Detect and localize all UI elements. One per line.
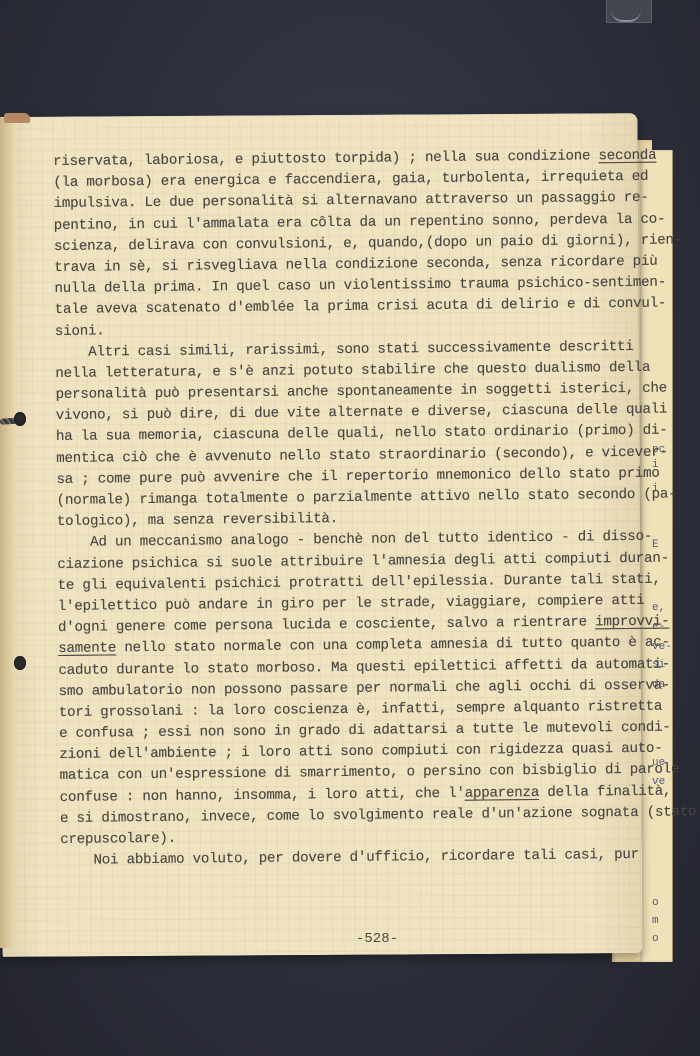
body-text: riservata, laboriosa, e piuttosto torpid… (53, 146, 636, 872)
underlined-word: apparenza (465, 785, 540, 802)
edge-text-fragment: e, (652, 603, 665, 614)
paragraph: Ad un meccanismo analogo - benchè non de… (57, 527, 635, 851)
page-binding-edge (0, 118, 14, 948)
paragraph: Altri casi simili, rarissimi, sono stati… (55, 337, 632, 534)
punch-hole-icon (14, 656, 26, 670)
underlined-word: seconda (598, 148, 656, 165)
torn-corner (4, 113, 30, 123)
edge-text-fragment: o (652, 898, 659, 909)
paragraph: riservata, laboriosa, e piuttosto torpid… (53, 146, 630, 343)
underlined-word: samente (58, 641, 116, 658)
scanner-label-tag (606, 0, 652, 23)
underlined-word: improvvi- (595, 614, 670, 631)
page-number: -528- (356, 931, 398, 947)
edge-text-fragment: m (652, 916, 659, 927)
punch-hole-icon (14, 412, 26, 426)
edge-text-fragment: o (652, 934, 659, 945)
